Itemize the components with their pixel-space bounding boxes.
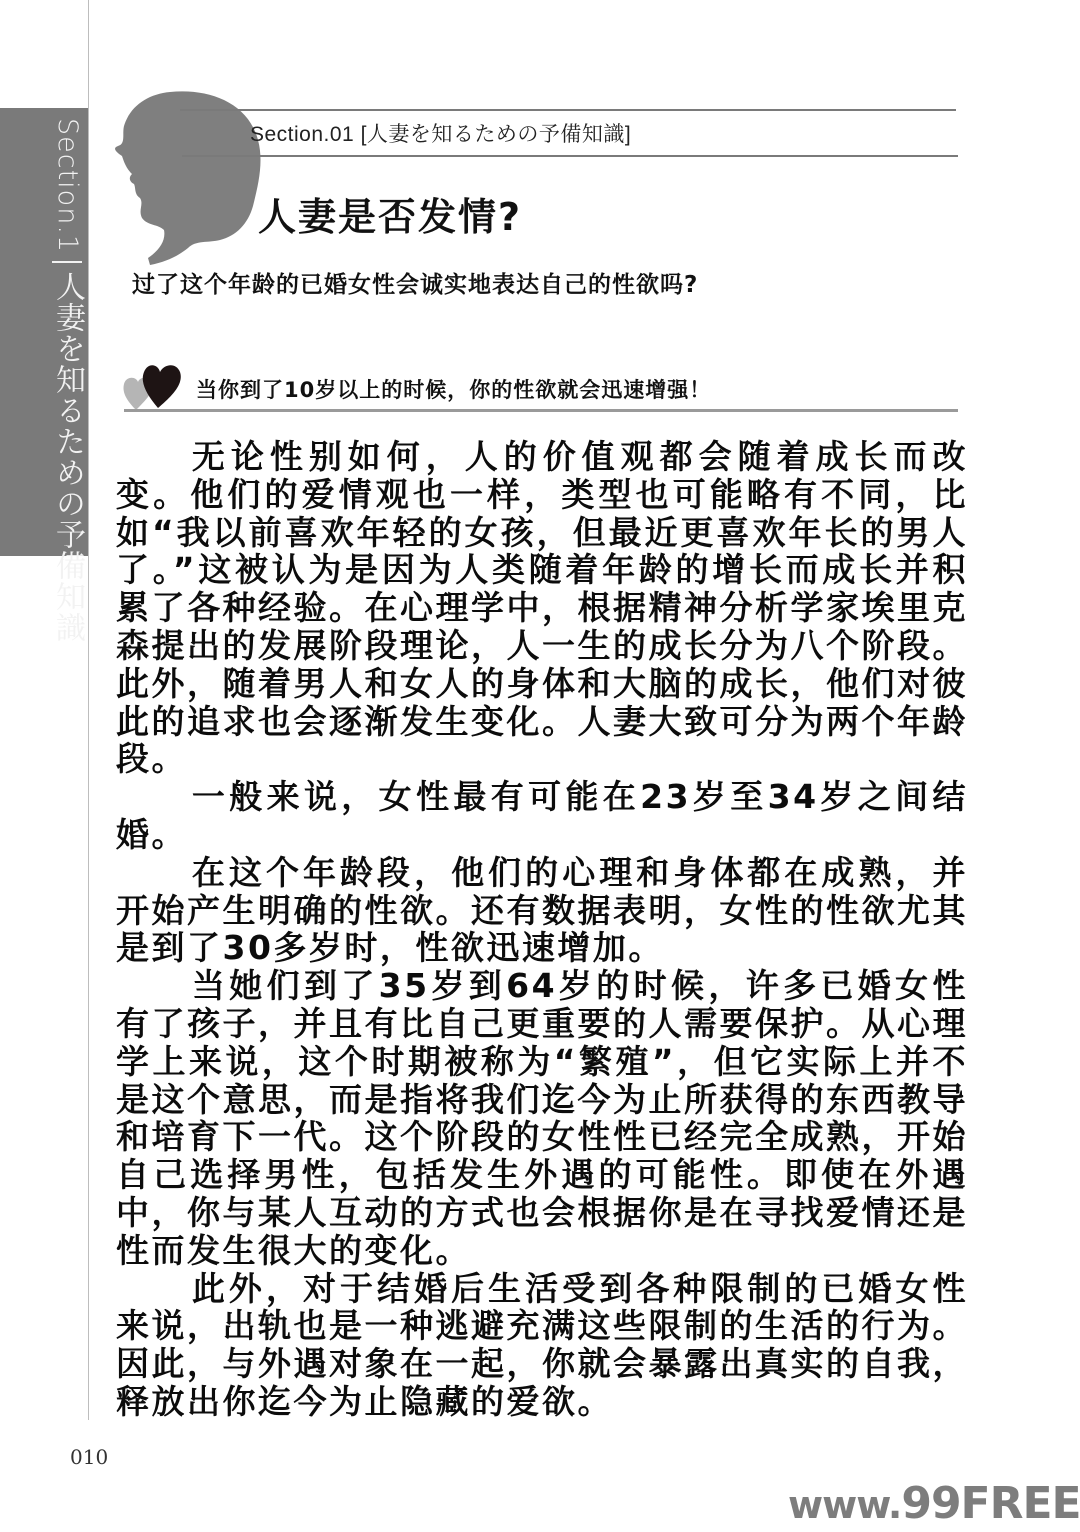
watermark-prefix: www.	[788, 1483, 901, 1527]
body-paragraph: 一般来说，女性最有可能在23岁至34岁之间结婚。	[116, 778, 968, 854]
watermark: www.99FREE.cc	[788, 1478, 1080, 1529]
page-spine-line	[88, 0, 89, 1420]
side-tab-text: Section.1人妻を知るための予備知識	[50, 118, 84, 643]
page-number: 010	[70, 1445, 108, 1469]
watermark-brand: 99FREE	[901, 1478, 1080, 1529]
side-tab-chapter: 人妻を知るための予備知識	[50, 271, 85, 643]
side-tab-section: Section.1	[52, 118, 83, 253]
body-paragraph: 当她们到了35岁到64岁的时候，许多已婚女性有了孩子，并且有比自己更重要的人需要…	[116, 967, 968, 1269]
body-text: 无论性别如何，人的价值观都会随着成长而改变。他们的爱情观也一样，类型也可能略有不…	[116, 438, 968, 1421]
chapter-side-tab: Section.1人妻を知るための予備知識	[0, 108, 88, 556]
body-paragraph: 此外，对于结婚后生活受到各种限制的已婚女性来说，出轨也是一种逃避充满这些限制的生…	[116, 1270, 968, 1421]
hearts-icon	[122, 362, 188, 410]
section-kicker: Section.01 [人妻を知るための予備知識]	[250, 118, 631, 148]
side-tab-separator	[52, 261, 82, 263]
lead-underline-rule	[124, 409, 958, 412]
lead-heading: 当你到了10岁以上的时候，你的性欲就会迅速增强！	[196, 374, 711, 404]
page-title: 人妻是否发情?	[258, 186, 522, 241]
header-top-rule	[180, 109, 956, 111]
page-subtitle: 过了这个年龄的已婚女性会诚实地表达自己的性欲吗?	[132, 266, 698, 299]
header-bottom-rule	[182, 155, 958, 157]
body-paragraph: 无论性别如何，人的价值观都会随着成长而改变。他们的爱情观也一样，类型也可能略有不…	[116, 438, 968, 778]
woman-silhouette-icon	[108, 90, 268, 265]
body-paragraph: 在这个年龄段，他们的心理和身体都在成熟，并开始产生明确的性欲。还有数据表明，女性…	[116, 854, 968, 967]
